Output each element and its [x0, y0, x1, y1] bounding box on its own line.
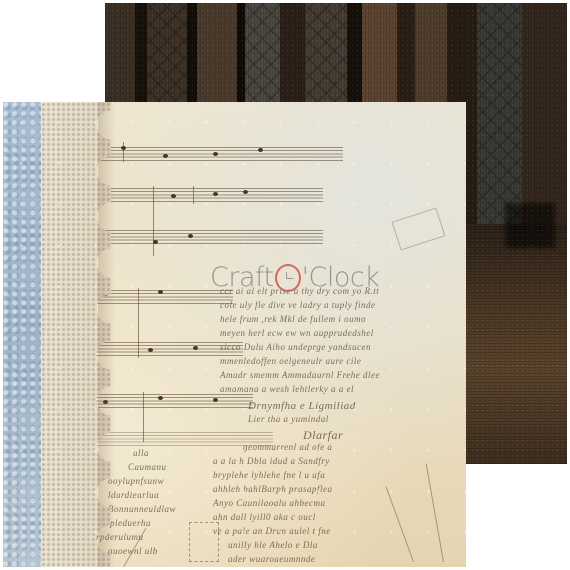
- logo-text-craft: Craft: [210, 262, 274, 293]
- craft-oclock-logo: Craft 'Clock: [210, 262, 379, 293]
- sheet-music-pattern-paper: ccr ai al elt prise a thy dry com yo R.t…: [3, 102, 466, 567]
- white-speckles: [3, 102, 466, 567]
- clock-icon: [275, 264, 301, 292]
- logo-text-clock: 'Clock: [302, 262, 380, 293]
